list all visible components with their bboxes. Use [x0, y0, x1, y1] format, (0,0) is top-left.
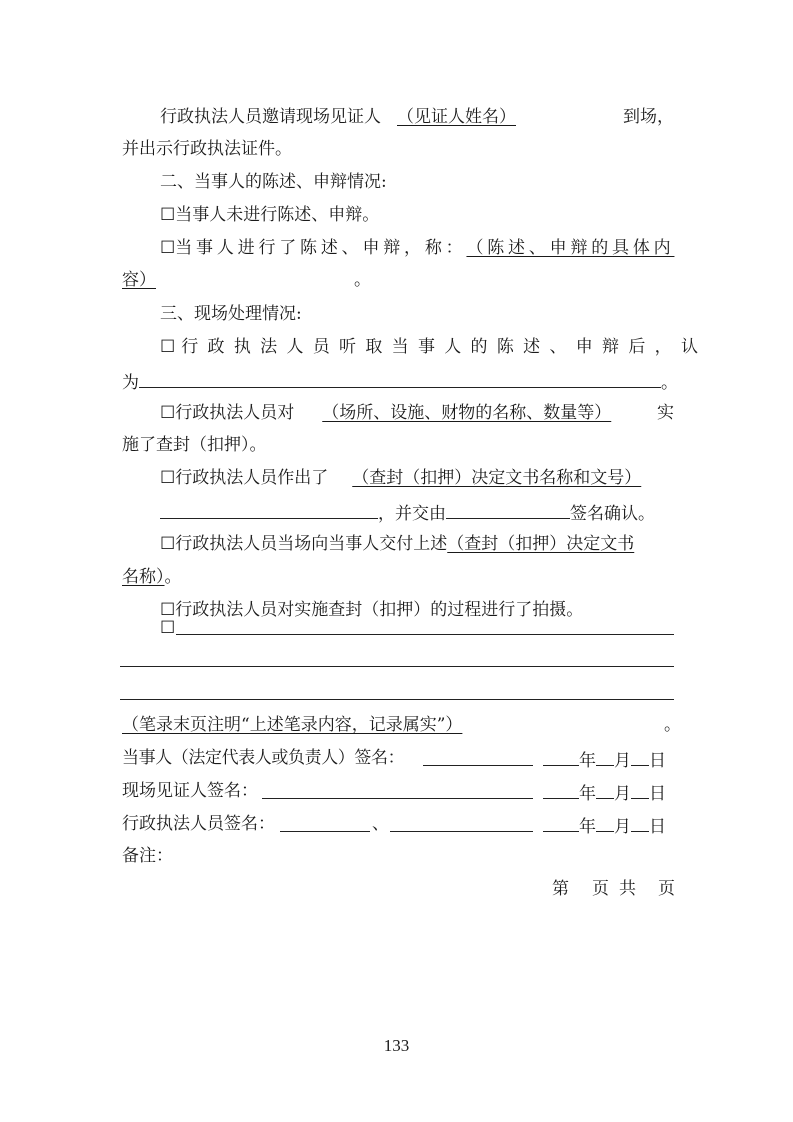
checkbox-icon[interactable]: ☐ — [160, 617, 175, 639]
other-field-line-3[interactable] — [120, 699, 674, 700]
option-after-hearing: ☐行政执法人员听取当事人的陈述、申辩后，认 — [122, 336, 674, 358]
option-label: 当事人未进行陈述、申辩。 — [175, 205, 379, 225]
day-field[interactable] — [631, 813, 649, 832]
signature-label: 行政执法人员签名： — [122, 814, 275, 834]
decision-document-field[interactable]: （查封（扣押）决定文书名称和文号） — [328, 467, 660, 489]
option-label: 行政执法人员作出了 — [175, 468, 328, 488]
deliver-line-2: 名称）。 — [122, 566, 674, 588]
option-deliver: ☐行政执法人员当场向当事人交付上述（查封（扣押）决定文书 — [122, 533, 674, 555]
separator: 、 — [372, 813, 389, 835]
period: 。 — [165, 567, 182, 587]
other-field-line-2[interactable] — [120, 666, 674, 667]
witness-signature-field[interactable] — [262, 780, 533, 799]
statement-content-field[interactable]: （陈述、申辩的具体内 — [466, 237, 674, 259]
seized-items-field[interactable]: （场所、设施、财物的名称、数量等） — [294, 402, 634, 424]
party-signature-field[interactable] — [423, 747, 533, 766]
page-gong: 共 — [619, 878, 636, 900]
page-ye-2: 页 — [658, 878, 675, 900]
year-field[interactable] — [543, 813, 579, 832]
option-seize: ☐行政执法人员对（场所、设施、财物的名称、数量等）实 — [122, 402, 674, 424]
period: 。 — [661, 373, 678, 393]
closing-note-line: （笔录末页注明“上述笔录内容，记录属实”）。 — [122, 714, 674, 736]
date-group: 年月日 — [543, 747, 666, 772]
option-statement: ☐当事人进行了陈述、申辩，称：（陈述、申辩的具体内 — [122, 237, 674, 259]
option-label: 当事人进行了陈述、申辩，称： — [175, 238, 466, 258]
year-field[interactable] — [543, 747, 579, 766]
month-field[interactable] — [596, 780, 614, 799]
option-label-suffix: 实 — [657, 402, 674, 424]
period: 。 — [354, 270, 371, 290]
checkbox-icon[interactable]: ☐ — [160, 467, 175, 489]
page-di: 第 — [552, 878, 569, 900]
signature-witness: 现场见证人签名： 年月日 — [122, 780, 674, 802]
witness-name-field[interactable]: （见证人姓名） — [381, 106, 609, 128]
day-field[interactable] — [631, 780, 649, 799]
year-field[interactable] — [543, 780, 579, 799]
option-label: 行政执法人员当场向当事人交付上述 — [175, 534, 447, 554]
closing-note-field[interactable]: （笔录末页注明“上述笔录内容，记录属实”） — [122, 714, 664, 736]
officer-2-signature-field[interactable] — [390, 813, 533, 832]
witness-line-2: 并出示行政执法证件。 — [122, 138, 674, 160]
signature-label: 当事人（法定代表人或负责人）签名： — [122, 748, 404, 768]
statement-content-field-cont[interactable]: 容） — [122, 269, 354, 291]
option-label-mid: ，并交由 — [378, 504, 446, 524]
officer-1-signature-field[interactable] — [280, 813, 370, 832]
decision-line-2: ，并交由签名确认。 — [122, 500, 674, 525]
delivered-document-field[interactable]: （查封（扣押）决定文书 — [447, 534, 634, 554]
section-3-title: 三、现场处理情况: — [122, 303, 674, 325]
month-field[interactable] — [596, 747, 614, 766]
signature-party: 当事人（法定代表人或负责人）签名： 年月日 — [122, 747, 674, 769]
month-field[interactable] — [596, 813, 614, 832]
after-hearing-line-2: 为。 — [122, 369, 674, 394]
option-label: 行政执法人员对 — [175, 403, 294, 423]
remarks-label: 备注： — [122, 845, 674, 867]
decision-document-field-cont[interactable] — [160, 500, 378, 519]
seize-line-2: 施了查封（扣押）。 — [122, 434, 674, 456]
signer-field[interactable] — [446, 500, 570, 519]
page-ye-1: 页 — [592, 878, 609, 900]
witness-prefix: 行政执法人员邀请现场见证人 — [160, 107, 381, 127]
option-decision: ☐行政执法人员作出了（查封（扣押）决定文书名称和文号） — [122, 467, 674, 489]
period: 。 — [664, 715, 681, 735]
conclusion-field[interactable] — [139, 369, 661, 388]
statement-line-2: 容）。 — [122, 269, 674, 291]
witness-suffix: 到场， — [623, 106, 674, 128]
checkbox-icon[interactable]: ☐ — [160, 533, 175, 555]
date-group: 年月日 — [543, 813, 666, 838]
option-label-cont: 为 — [122, 373, 139, 393]
checkbox-icon[interactable]: ☐ — [160, 204, 175, 226]
delivered-document-field-cont[interactable]: 名称） — [122, 567, 165, 587]
option-other: ☐ — [122, 617, 674, 639]
checkbox-icon[interactable]: ☐ — [160, 402, 175, 424]
page-number: 133 — [0, 1036, 793, 1056]
signature-label: 现场见证人签名： — [122, 781, 258, 801]
day-field[interactable] — [631, 747, 649, 766]
checkbox-icon[interactable]: ☐ — [160, 237, 175, 259]
date-group: 年月日 — [543, 780, 666, 805]
checkbox-icon[interactable]: ☐ — [160, 336, 175, 358]
witness-line: 行政执法人员邀请现场见证人（见证人姓名）到场， — [122, 106, 674, 128]
option-label: 行政执法人员听取当事人的陈述、申辩后，认 — [181, 337, 707, 357]
other-field-line-1[interactable] — [176, 634, 674, 635]
signature-officers: 行政执法人员签名：、 年月日 — [122, 813, 674, 835]
witness-field-hint: （见证人姓名） — [397, 107, 516, 127]
option-label-suffix: 签名确认。 — [570, 504, 655, 524]
option-no-statement: ☐当事人未进行陈述、申辩。 — [122, 204, 674, 226]
section-2-title: 二、当事人的陈述、申辩情况: — [122, 171, 674, 193]
